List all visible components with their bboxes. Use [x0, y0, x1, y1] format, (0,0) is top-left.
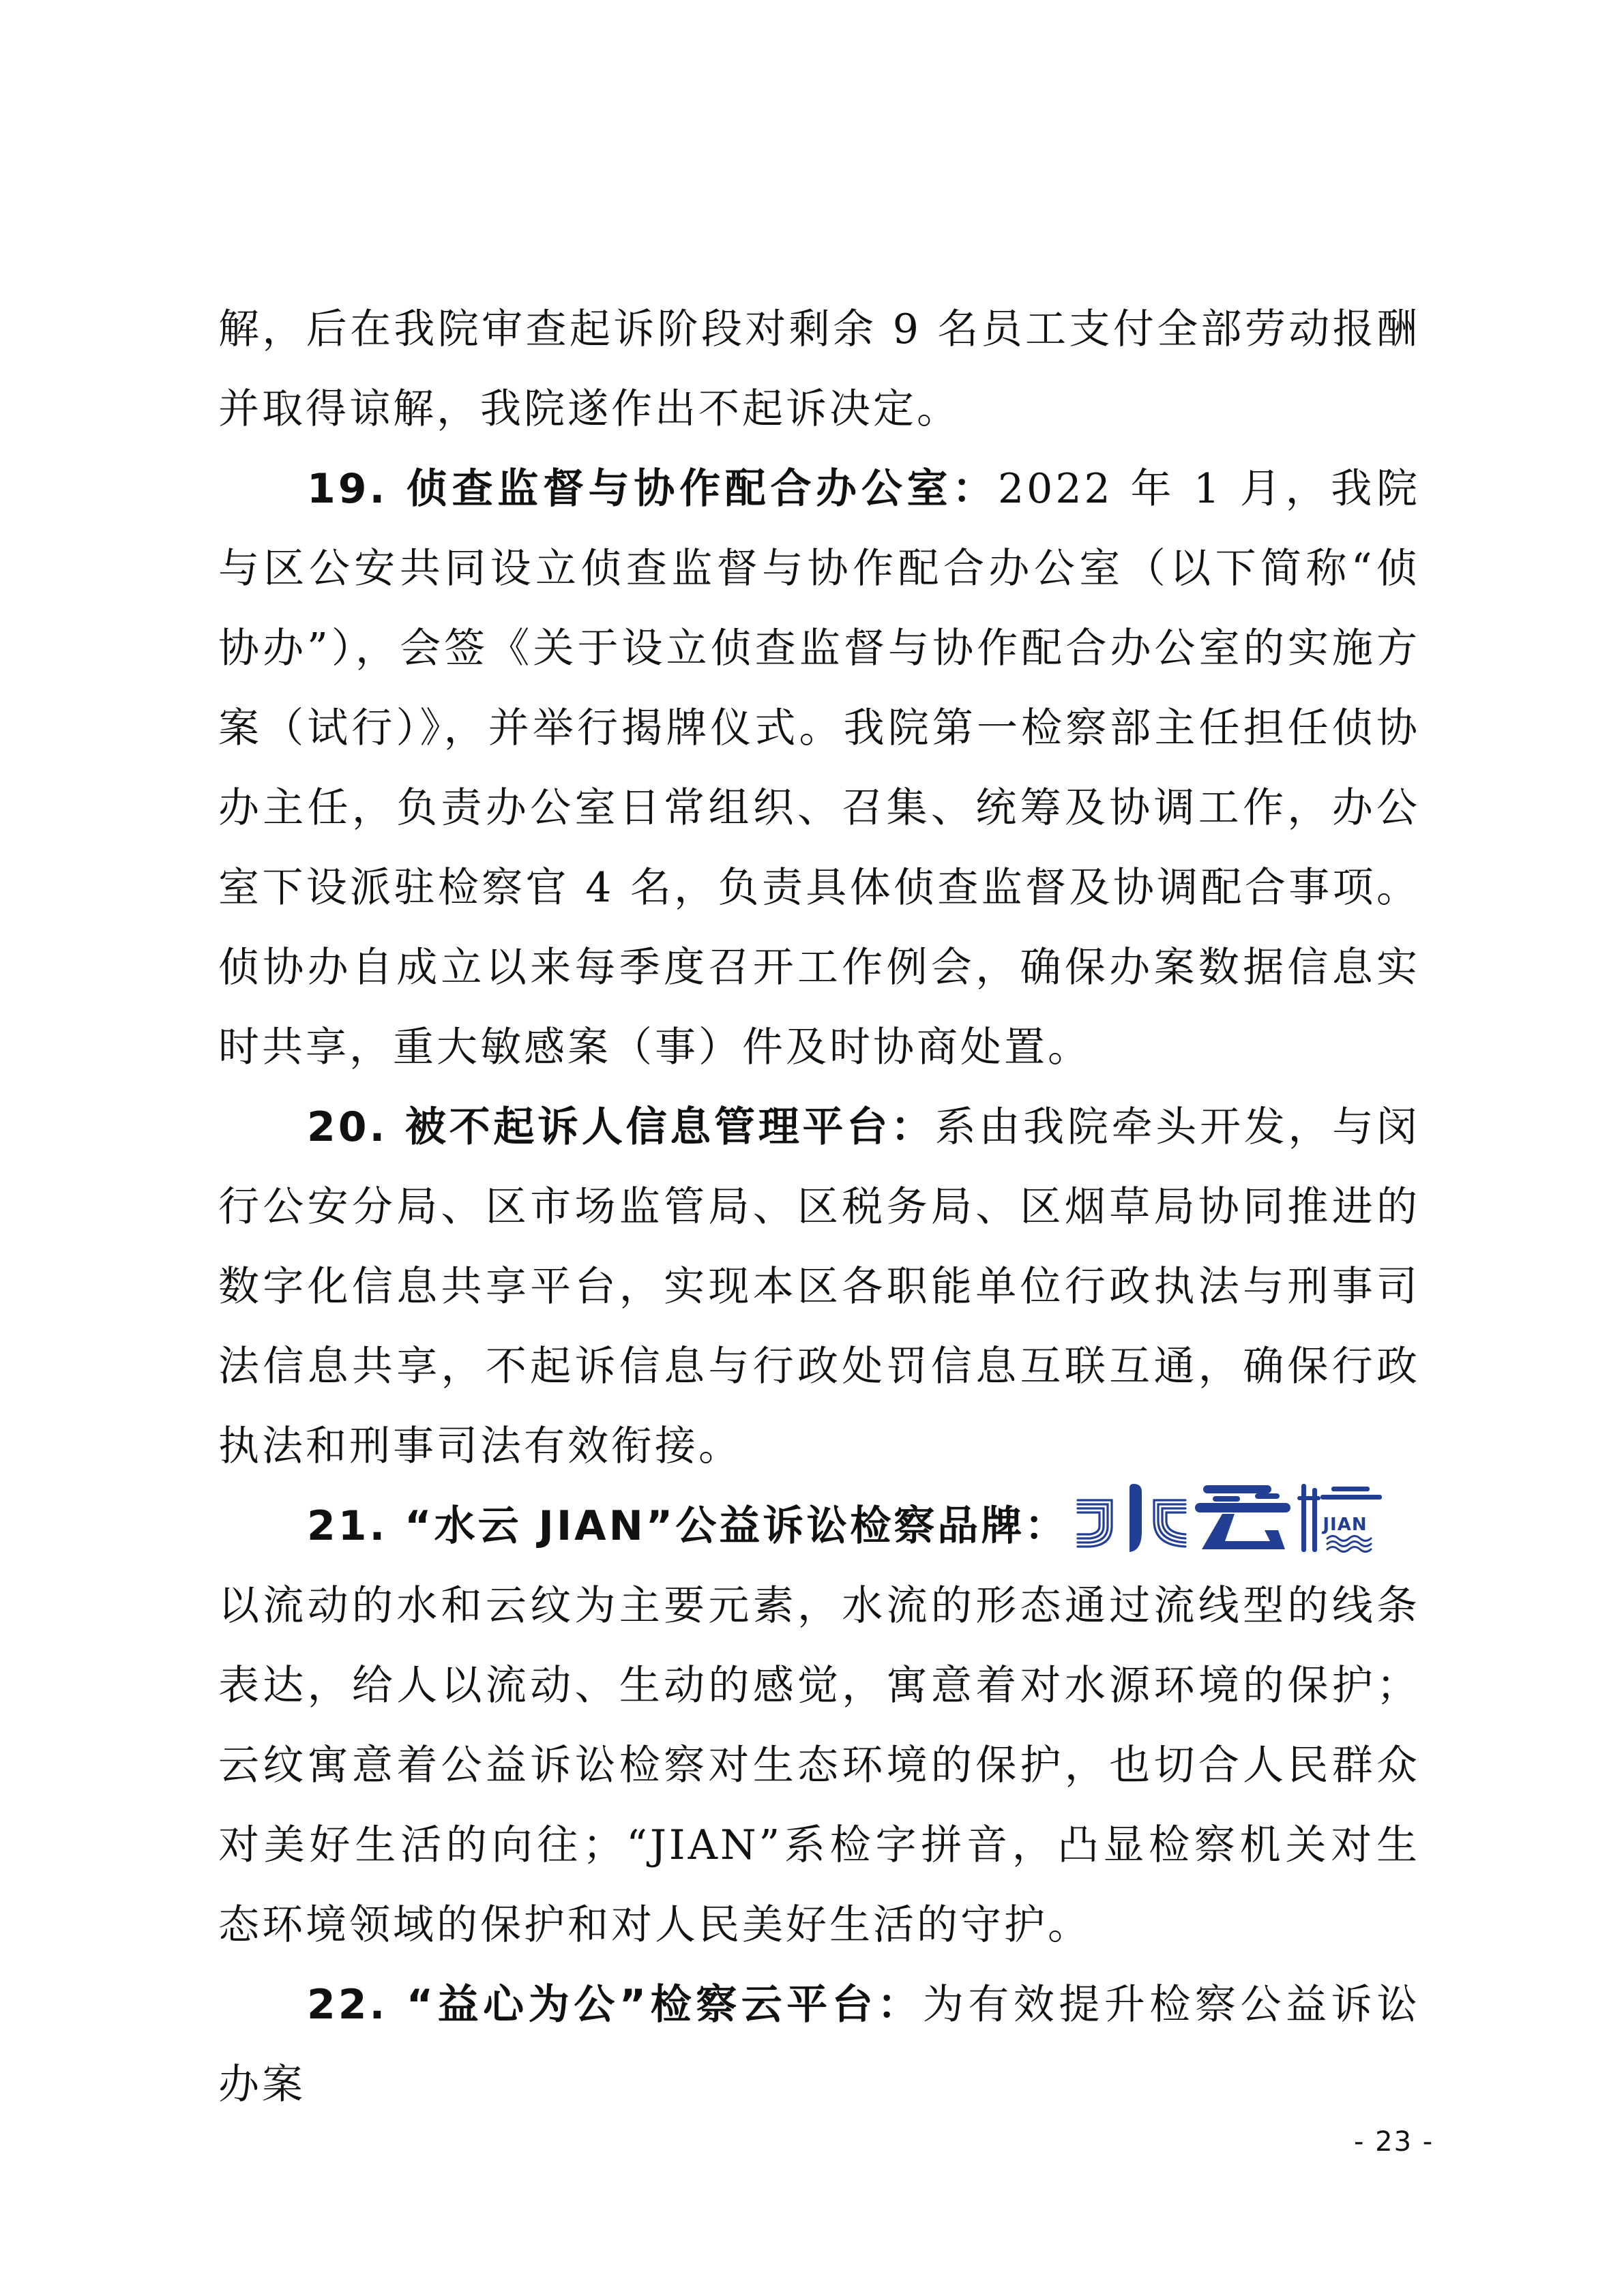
paragraph-item-21-body: 以流动的水和云纹为主要元素，水流的形态通过流线型的线条表达，给人以流动、生动的感… [218, 1566, 1420, 1965]
body-text: 解，后在我院审查起诉阶段对剩余 9 名员工支付全部劳动报酬并取得谅解，我院遂作出… [218, 290, 1420, 2125]
item-heading: 22. “益心为公”检察云平台： [307, 1981, 923, 2029]
item-21-heading-line: 21. “水云 JIAN”公益诉讼检察品牌： [218, 1487, 1420, 1566]
page-number: - 23 - [1354, 2126, 1434, 2158]
shuiyun-jian-logo-icon: JIAN [1059, 1478, 1383, 1557]
svg-text:JIAN: JIAN [1321, 1515, 1367, 1535]
paragraph-body: 系由我院牵头开发，与闵行公安分局、区市场监管局、区税务局、区烟草局协同推进的数字… [218, 1103, 1420, 1470]
item-heading: 21. “水云 JIAN”公益诉讼检察品牌： [307, 1502, 1068, 1550]
paragraph-item-19: 19. 侦查监督与协作配合办公室：2022 年 1 月，我院与区公安共同设立侦查… [218, 449, 1420, 1088]
paragraph-body: 2022 年 1 月，我院与区公安共同设立侦查监督与协作配合办公室（以下简称“侦… [218, 465, 1420, 1071]
paragraph-item-22: 22. “益心为公”检察云平台：为有效提升检察公益诉讼办案 [218, 1965, 1420, 2125]
document-page: 解，后在我院审查起诉阶段对剩余 9 名员工支付全部劳动报酬并取得谅解，我院遂作出… [0, 0, 1624, 2296]
paragraph-continuation: 解，后在我院审查起诉阶段对剩余 9 名员工支付全部劳动报酬并取得谅解，我院遂作出… [218, 290, 1420, 449]
paragraph-item-20: 20. 被不起诉人信息管理平台：系由我院牵头开发，与闵行公安分局、区市场监管局、… [218, 1088, 1420, 1487]
paragraph-body: 以流动的水和云纹为主要元素，水流的形态通过流线型的线条表达，给人以流动、生动的感… [218, 1582, 1420, 1949]
item-heading: 20. 被不起诉人信息管理平台： [307, 1103, 935, 1151]
paragraph-body: 解，后在我院审查起诉阶段对剩余 9 名员工支付全部劳动报酬并取得谅解，我院遂作出… [218, 305, 1420, 433]
item-heading: 19. 侦查监督与协作配合办公室： [307, 465, 998, 513]
